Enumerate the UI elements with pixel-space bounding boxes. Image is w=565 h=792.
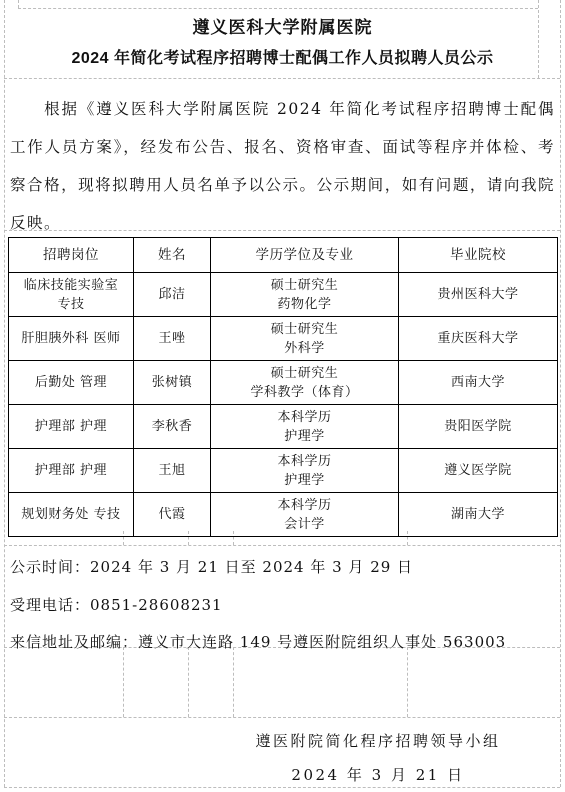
table-row: 规划财务处 专技 代霞 本科学历 会计学 湖南大学 (9, 493, 558, 537)
header-school: 毕业院校 (399, 238, 558, 273)
cell-education: 本科学历 护理学 (211, 405, 399, 449)
cell-school: 湖南大学 (399, 493, 558, 537)
cell-education: 硕士研究生 药物化学 (211, 273, 399, 317)
cell-post: 肝胆胰外科 医师 (9, 317, 134, 361)
table-header-row: 招聘岗位 姓名 学历学位及专业 毕业院校 (9, 238, 558, 273)
mail-address: 来信地址及邮编：遵义市大连路 149 号遵医附院组织人事处 563003 (10, 624, 555, 662)
cell-school: 重庆医科大学 (399, 317, 558, 361)
title-notice-name: 2024 年简化考试程序招聘博士配偶工作人员拟聘人员公示 (4, 43, 561, 74)
cell-post: 护理部 护理 (9, 449, 134, 493)
cell-education: 本科学历 会计学 (211, 493, 399, 537)
cell-education: 硕士研究生 外科学 (211, 317, 399, 361)
gridline (18, 0, 19, 8)
table-row: 护理部 护理 王旭 本科学历 护理学 遵义医学院 (9, 449, 558, 493)
cell-name: 王唑 (134, 317, 211, 361)
cell-name: 李秋香 (134, 405, 211, 449)
table-row: 临床技能实验室 专技 邱洁 硕士研究生 药物化学 贵州医科大学 (9, 273, 558, 317)
header-post: 招聘岗位 (9, 238, 134, 273)
cell-name: 邱洁 (134, 273, 211, 317)
gridline (4, 78, 560, 79)
gridline (560, 0, 561, 787)
header-name: 姓名 (134, 238, 211, 273)
table-row: 肝胆胰外科 医师 王唑 硕士研究生 外科学 重庆医科大学 (9, 317, 558, 361)
cell-school: 贵州医科大学 (399, 273, 558, 317)
cell-education: 硕士研究生 学科教学（体育） (211, 361, 399, 405)
gridline (18, 8, 538, 9)
document-title: 遵义医科大学附属医院 2024 年简化考试程序招聘博士配偶工作人员拟聘人员公示 (4, 12, 561, 74)
cell-school: 贵阳医学院 (399, 405, 558, 449)
cell-post: 规划财务处 专技 (9, 493, 134, 537)
cell-name: 代霞 (134, 493, 211, 537)
gridline (4, 0, 5, 787)
header-education: 学历学位及专业 (211, 238, 399, 273)
gridline (4, 717, 560, 718)
contact-info: 公示时间：2024 年 3 月 21 日至 2024 年 3 月 29 日 受理… (10, 549, 555, 662)
gridline (4, 545, 560, 546)
candidate-table: 招聘岗位 姓名 学历学位及专业 毕业院校 临床技能实验室 专技 邱洁 硕士研究生… (8, 237, 558, 537)
cell-school: 西南大学 (399, 361, 558, 405)
contact-phone: 受理电话：0851-28608231 (10, 587, 555, 625)
signature-date: 2024 年 3 月 21 日 (243, 758, 513, 792)
signature-block: 遵医附院简化程序招聘领导小组 2024 年 3 月 21 日 (243, 724, 513, 792)
cell-post: 护理部 护理 (9, 405, 134, 449)
table-row: 后勤处 管理 张树镇 硕士研究生 学科教学（体育） 西南大学 (9, 361, 558, 405)
cell-name: 张树镇 (134, 361, 211, 405)
cell-name: 王旭 (134, 449, 211, 493)
cell-post: 临床技能实验室 专技 (9, 273, 134, 317)
signature-org: 遵医附院简化程序招聘领导小组 (243, 724, 513, 758)
title-org-name: 遵义医科大学附属医院 (4, 12, 561, 43)
cell-post: 后勤处 管理 (9, 361, 134, 405)
intro-paragraph: 根据《遵义医科大学附属医院 2024 年简化考试程序招聘博士配偶工作人员方案》，… (10, 90, 555, 242)
cell-school: 遵义医学院 (399, 449, 558, 493)
cell-education: 本科学历 护理学 (211, 449, 399, 493)
table-row: 护理部 护理 李秋香 本科学历 护理学 贵阳医学院 (9, 405, 558, 449)
publicity-period: 公示时间：2024 年 3 月 21 日至 2024 年 3 月 29 日 (10, 549, 555, 587)
